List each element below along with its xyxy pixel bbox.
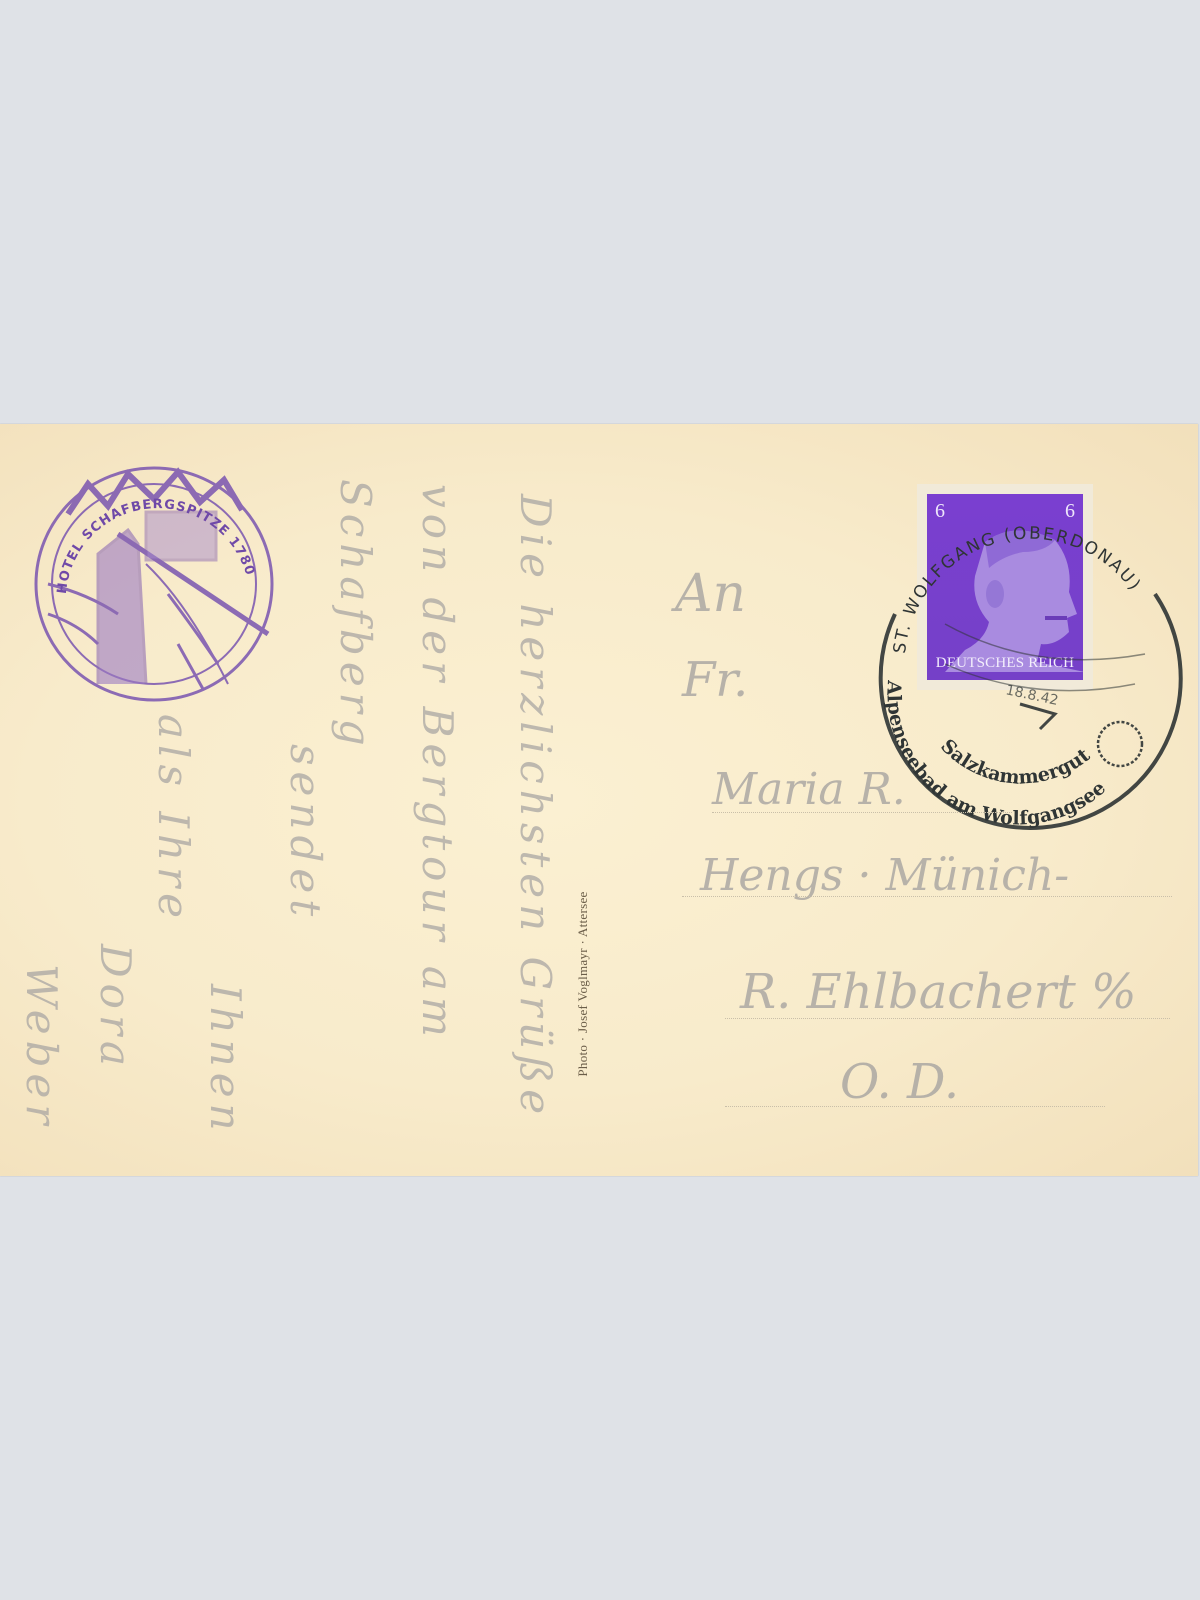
postcard: HOTEL SCHAFBERGSPITZE 1780 M Photo · Jos… — [0, 424, 1198, 1176]
message-line: Schafberg — [331, 479, 380, 752]
message-line: sendet — [281, 744, 330, 922]
address-line: R. Ehlbachert % — [740, 964, 1137, 1020]
portrait-icon — [945, 522, 1083, 672]
address-line: An — [675, 564, 746, 624]
stamp-value-right: 6 — [1065, 500, 1075, 523]
address-line: Maria R. — [712, 764, 906, 815]
address-line: Hengs · Münich- — [700, 850, 1069, 901]
address-line: O. D. — [840, 1054, 959, 1110]
message-line: Dora — [91, 944, 140, 1072]
message-line: Ihnen — [201, 984, 250, 1137]
address-line: Fr. — [682, 652, 748, 708]
svg-text:HOTEL SCHAFBERGSPITZE 1780 M: HOTEL SCHAFBERGSPITZE 1780 M — [28, 444, 257, 595]
address-rule — [712, 812, 1012, 813]
postmark-bottom-text-2: Alpenseebad am Wolfgangsee — [882, 679, 1110, 830]
svg-text:Alpenseebad am Wolfgangsee: Alpenseebad am Wolfgangsee — [882, 679, 1110, 830]
hotel-stamp: HOTEL SCHAFBERGSPITZE 1780 M — [28, 444, 280, 706]
svg-text:Salzkammergut: Salzkammergut — [936, 735, 1094, 789]
address-rule — [725, 1018, 1170, 1019]
hotel-stamp-text: HOTEL SCHAFBERGSPITZE 1780 M — [28, 444, 257, 595]
message-line: Die herzlichsten Grüße — [511, 494, 560, 1120]
message-line: Weber — [17, 964, 66, 1130]
stamp-value-left: 6 — [935, 500, 945, 523]
stamp-design: 6 6 DEUTSCHES REICH — [927, 494, 1083, 680]
message-line: als Ihre — [149, 714, 198, 924]
message-line: von der Bergtour am — [413, 484, 462, 1043]
address-rule — [725, 1106, 1105, 1107]
postmark-bottom-text: Salzkammergut — [936, 735, 1094, 789]
photo-credit: Photo · Josef Voglmayr · Attersee — [575, 891, 591, 1076]
postage-stamp: 6 6 DEUTSCHES REICH — [917, 484, 1093, 690]
stamp-country: DEUTSCHES REICH — [927, 655, 1083, 672]
address-rule — [682, 896, 1172, 897]
